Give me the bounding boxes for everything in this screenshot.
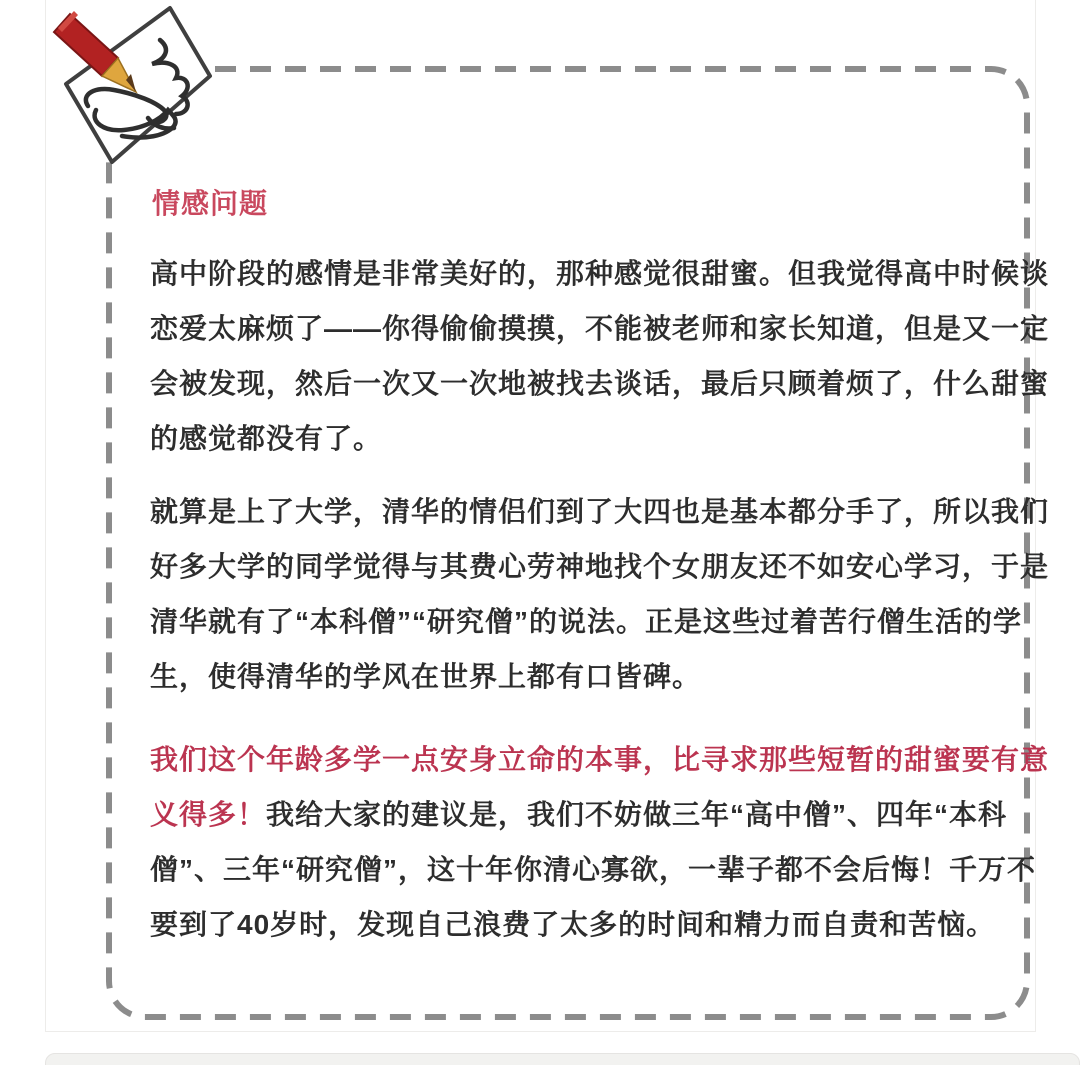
body-text-run: 高中阶段的感情是非常美好的，那种感觉很甜蜜。但我觉得高中时候谈 恋爱太麻烦了——… <box>150 258 1049 454</box>
article-paragraph: 高中阶段的感情是非常美好的，那种感觉很甜蜜。但我觉得高中时候谈 恋爱太麻烦了——… <box>150 246 1060 466</box>
pencil-paper-icon <box>52 2 238 172</box>
article-text-block: 高中阶段的感情是非常美好的，那种感觉很甜蜜。但我觉得高中时候谈 恋爱太麻烦了——… <box>150 246 1060 952</box>
body-text-run: 就算是上了大学，清华的情侣们到了大四也是基本都分手了，所以我们 好多大学的同学觉… <box>150 496 1049 692</box>
document-page: 情感问题 高中阶段的感情是非常美好的，那种感觉很甜蜜。但我觉得高中时候谈 恋爱太… <box>0 0 1080 1065</box>
body-text-run: 我给大家的建议是，我们不妨做三年“高中僧”、四年“本科 僧”、三年“研究僧”，这… <box>150 799 1036 940</box>
next-section-strip <box>45 1053 1080 1065</box>
article-paragraph: 我们这个年龄多学一点安身立命的本事，比寻求那些短暂的甜蜜要有意 义得多！我给大家… <box>150 732 1060 952</box>
article-paragraph: 就算是上了大学，清华的情侣们到了大四也是基本都分手了，所以我们 好多大学的同学觉… <box>150 484 1060 704</box>
section-heading: 情感问题 <box>152 182 268 222</box>
